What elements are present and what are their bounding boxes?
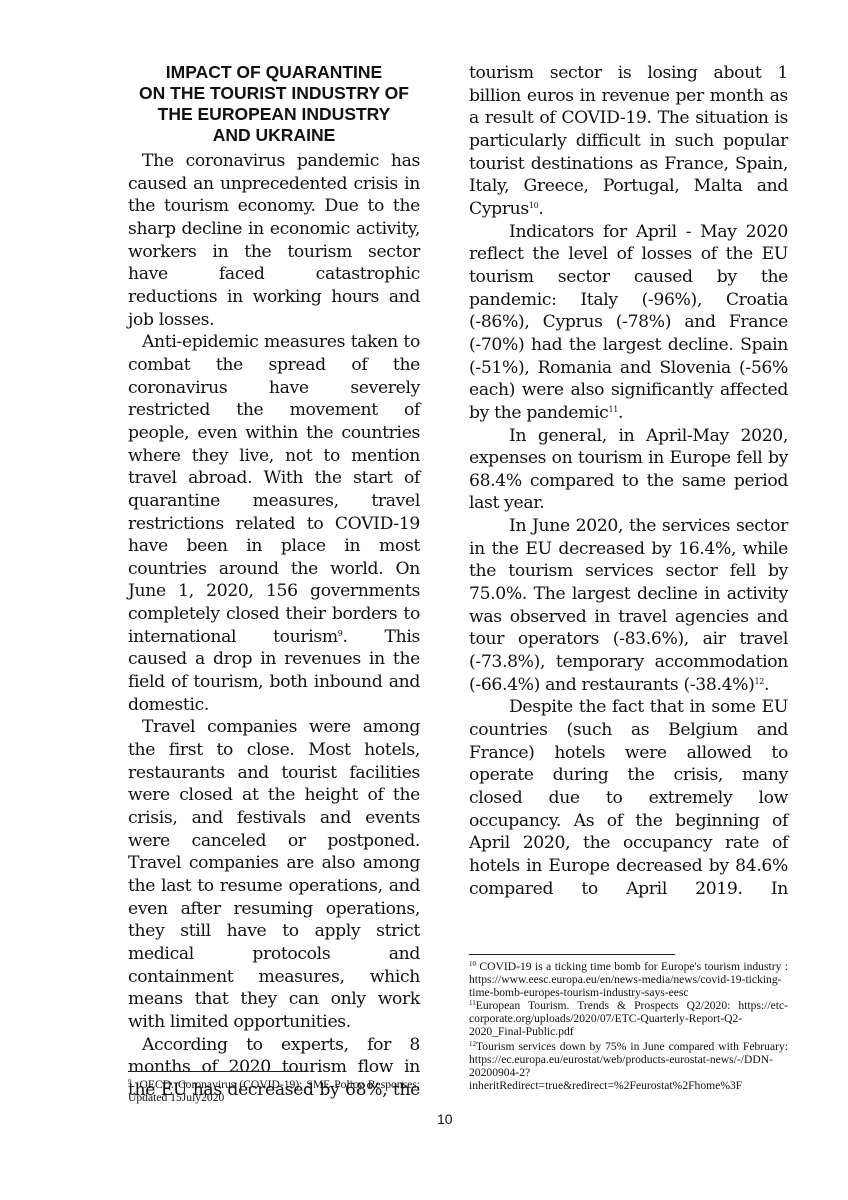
footnote-ref[interactable]: 12 <box>755 677 764 686</box>
paragraph-text: Despite the fact that in some EU countri… <box>469 697 788 898</box>
paragraph: In general, in April-May 2020, expenses … <box>469 425 788 516</box>
document-title: IMPACT OF QUARANTINE ON THE TOURIST INDU… <box>114 62 434 146</box>
right-column: tourism sector is losing about 1 billion… <box>469 62 788 900</box>
footnote: 11European Tourism. Trends & Prospects Q… <box>469 999 788 1038</box>
paragraph: tourism sector is losing about 1 billion… <box>469 62 788 221</box>
paragraph-text: . <box>538 199 543 219</box>
paragraph-text: Indicators for April - May 2020 reflect … <box>469 222 788 423</box>
page-number: 10 <box>437 1111 453 1127</box>
left-footnotes: 9 OECD. Coronavirus (COVID-19): SME Poli… <box>128 1078 420 1104</box>
footnote-text: European Tourism. Trends & Prospects Q2/… <box>469 999 788 1038</box>
paragraph-text: Anti-epidemic measures taken to combat t… <box>128 332 420 647</box>
paragraph-text: In June 2020, the services sector in the… <box>469 516 788 695</box>
paragraph-text: tourism sector is losing about 1 billion… <box>469 63 788 219</box>
title-line: AND UKRAINE <box>213 125 336 145</box>
left-column: The coronavirus pandemic has caused an u… <box>128 150 420 1102</box>
paragraph: Indicators for April - May 2020 reflect … <box>469 221 788 425</box>
footnote: 9 OECD. Coronavirus (COVID-19): SME Poli… <box>128 1078 420 1104</box>
title-line: ON THE TOURIST INDUSTRY OF <box>139 83 409 103</box>
paragraph: Anti-epidemic measures taken to combat t… <box>128 331 420 716</box>
title-line: THE EUROPEAN INDUSTRY <box>158 104 391 124</box>
paragraph: Despite the fact that in some EU countri… <box>469 696 788 900</box>
footnote-ref[interactable]: 11 <box>608 405 617 414</box>
footnote-divider <box>128 1071 306 1072</box>
footnote-number: 10 <box>469 960 476 968</box>
right-footnotes: 10 COVID-19 is a ticking time bomb for E… <box>469 960 788 1092</box>
paragraph: In June 2020, the services sector in the… <box>469 515 788 696</box>
footnote-number: 12 <box>469 1040 476 1048</box>
footnote: 12Tourism services down by 75% in June c… <box>469 1040 788 1092</box>
paragraph-text: In general, in April-May 2020, expenses … <box>469 426 788 514</box>
footnote-divider <box>469 954 675 955</box>
footnote-text: Tourism services down by 75% in June com… <box>469 1040 788 1092</box>
paragraph-text: . <box>618 403 623 423</box>
paragraph: Travel companies were among the first to… <box>128 716 420 1033</box>
paragraph: The coronavirus pandemic has caused an u… <box>128 150 420 331</box>
paragraph-text: . <box>764 675 769 695</box>
footnote-number: 11 <box>469 999 476 1007</box>
footnote-number: 9 <box>128 1078 132 1086</box>
footnote-text: COVID-19 is a ticking time bomb for Euro… <box>469 960 788 999</box>
footnote-text: OECD. Coronavirus (COVID-19): SME Policy… <box>128 1078 420 1104</box>
paragraph-text: The coronavirus pandemic has caused an u… <box>128 151 420 330</box>
title-line: IMPACT OF QUARANTINE <box>166 62 382 82</box>
footnote: 10 COVID-19 is a ticking time bomb for E… <box>469 960 788 999</box>
paragraph-text: Travel companies were among the first to… <box>128 717 420 1032</box>
footnote-ref[interactable]: 10 <box>529 201 538 210</box>
title-block: IMPACT OF QUARANTINE ON THE TOURIST INDU… <box>120 62 428 146</box>
